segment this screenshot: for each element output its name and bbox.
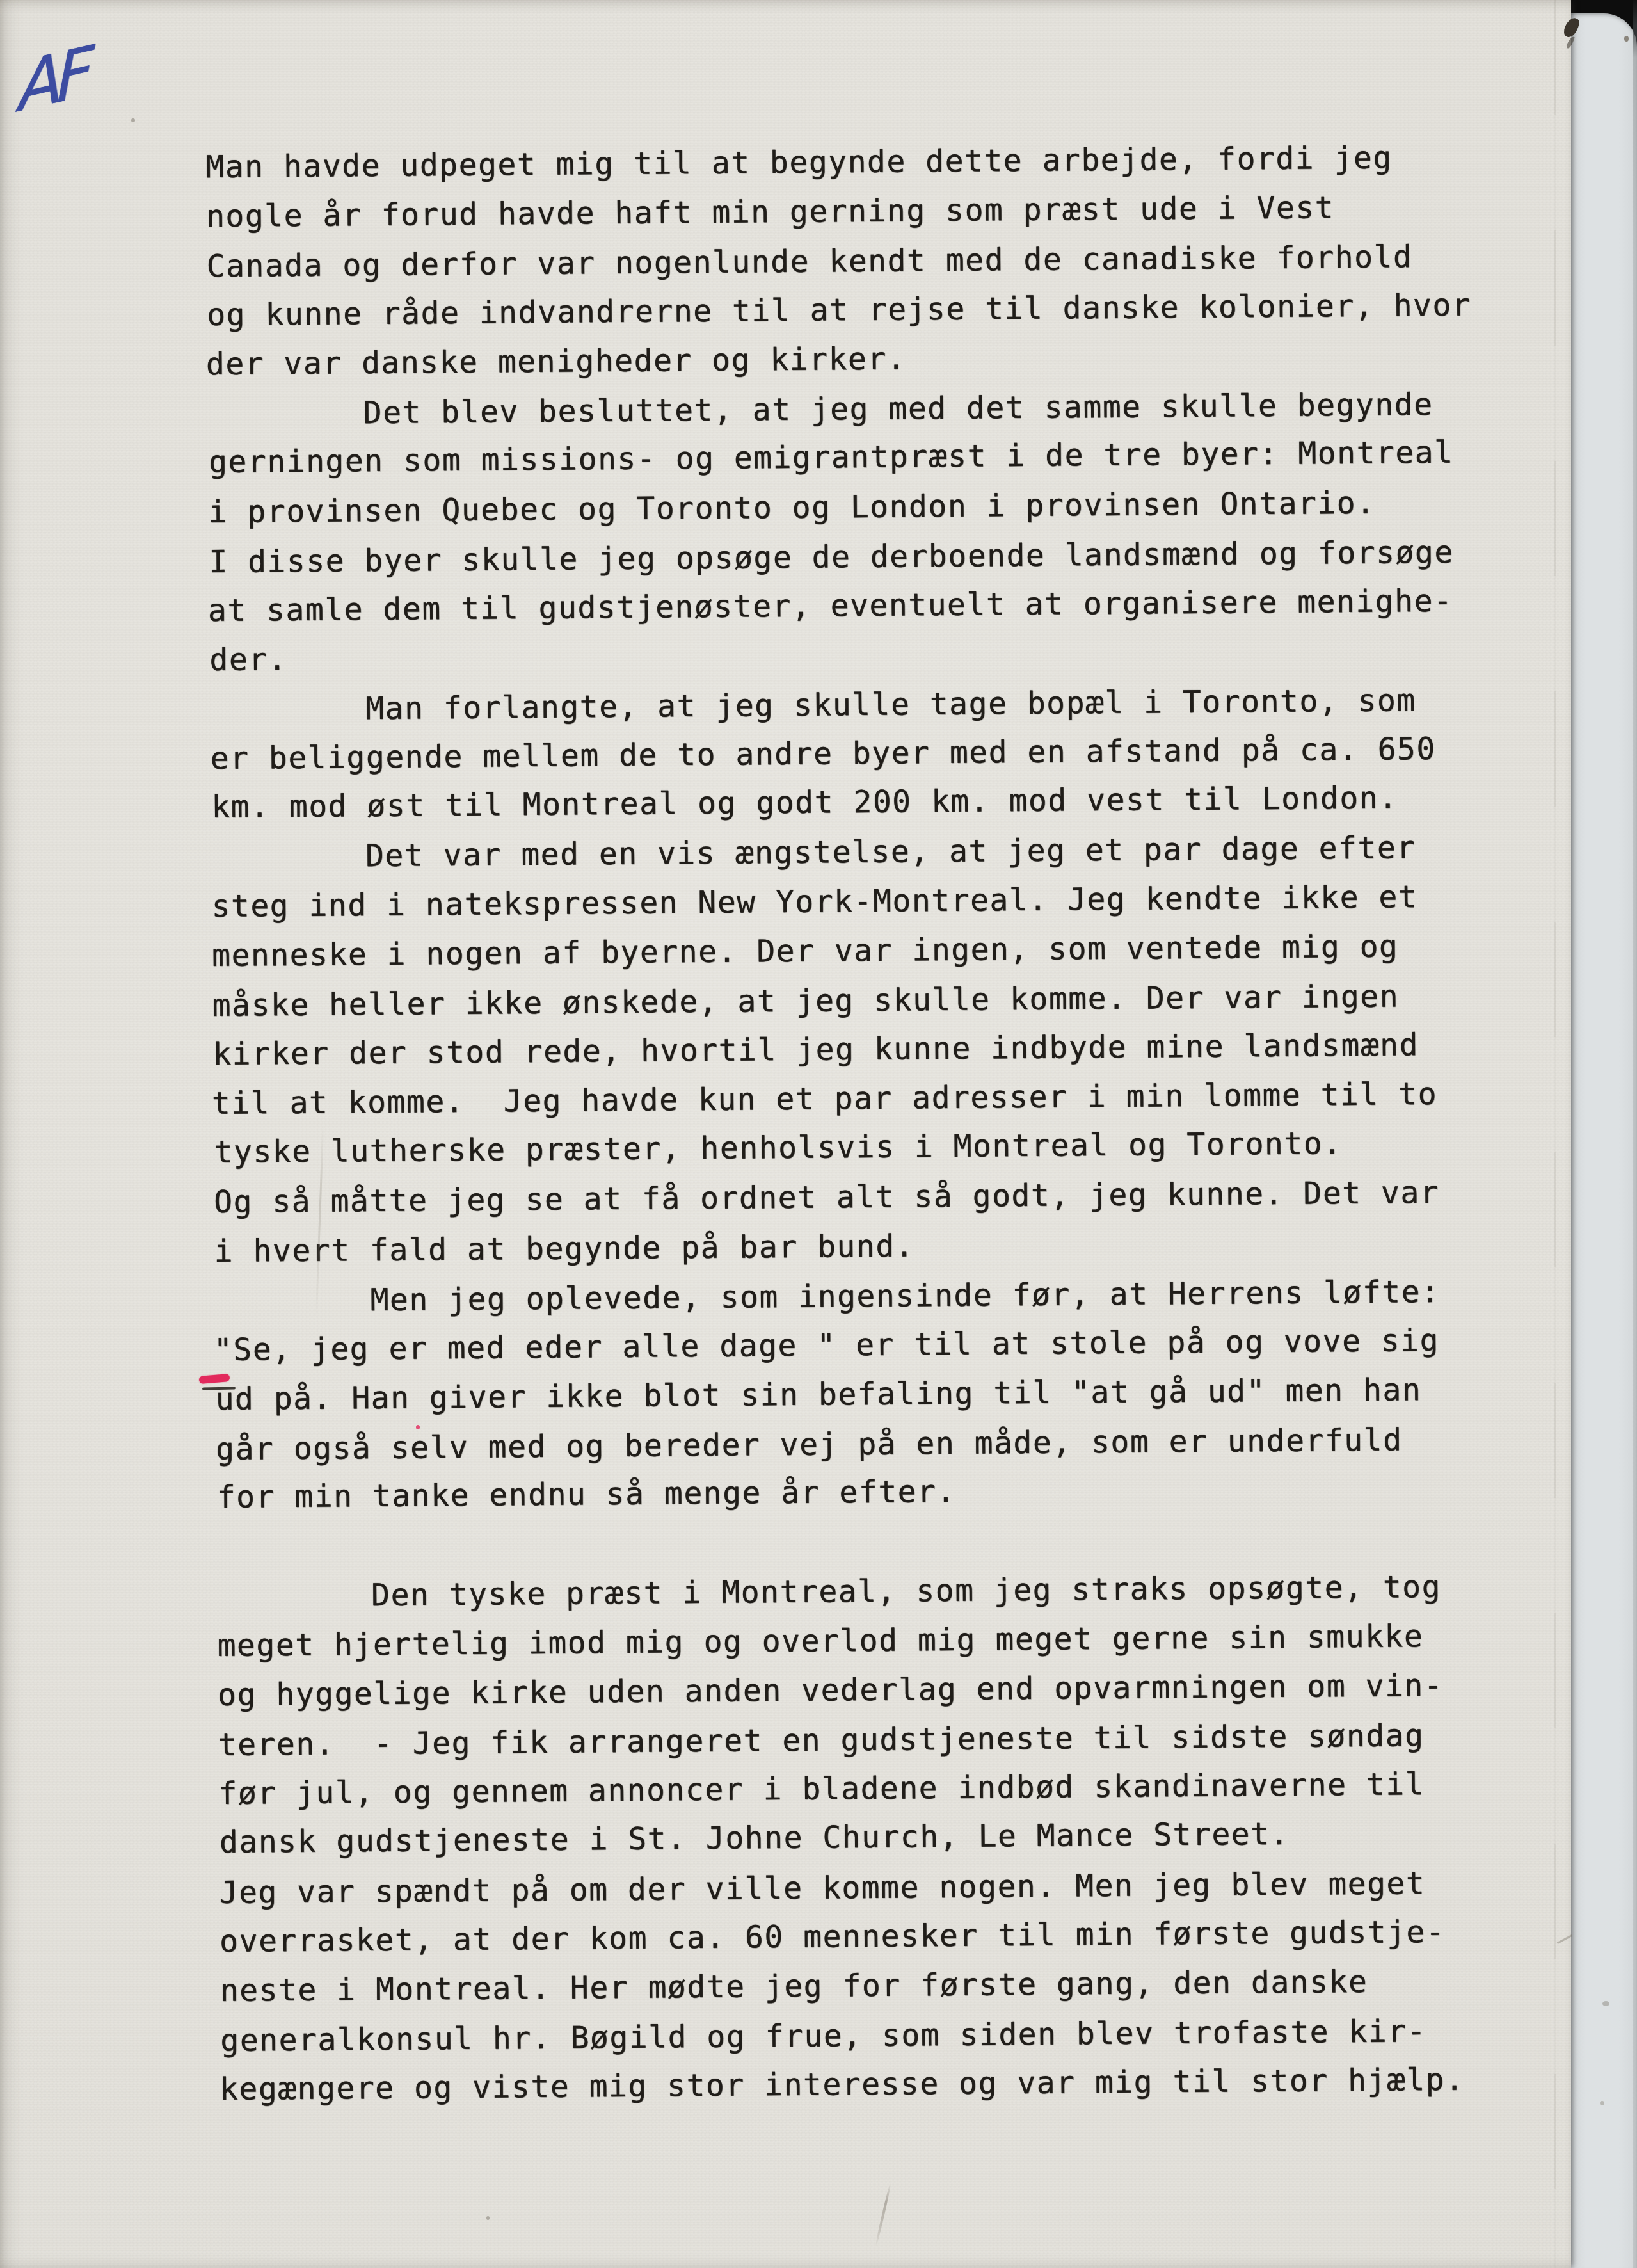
dust-speck bbox=[1624, 36, 1629, 42]
typed-line: Det var med en vis ængstelse, at jeg et … bbox=[210, 823, 1529, 882]
handwritten-initials: AF bbox=[8, 18, 146, 149]
typed-line: at samle dem til gudstjenøster, eventuel… bbox=[208, 576, 1527, 636]
typed-line: måske heller ikke ønskede, at jeg skulle… bbox=[212, 971, 1531, 1031]
typed-line: gerningen som missions- og emigrantpræst… bbox=[209, 428, 1528, 487]
typed-line: tyske lutherske præster, henholsvis i Mo… bbox=[214, 1118, 1533, 1177]
typed-line: km. mod øst til Montreal og godt 200 km.… bbox=[211, 773, 1530, 832]
backing-sheet bbox=[1569, 13, 1637, 2268]
red-ink-speck bbox=[416, 1425, 420, 1429]
typed-line: Jeg var spændt på om der ville komme nog… bbox=[219, 1858, 1538, 1918]
typed-line: for min tanke endnu så menge år efter. bbox=[216, 1463, 1535, 1522]
typed-text-block: Man havde udpeget mig til at begynde det… bbox=[205, 133, 1539, 2114]
paper-crease bbox=[1557, 1934, 1572, 1944]
typed-line: dansk gudstjeneste i St. Johne Church, L… bbox=[220, 1808, 1538, 1867]
scan-edge-line bbox=[1633, 0, 1637, 2268]
typed-line: kegængere og viste mig stor interesse og… bbox=[220, 2055, 1538, 2114]
dust-speck bbox=[131, 118, 135, 122]
typed-line: og hyggelige kirke uden anden vederlag e… bbox=[218, 1661, 1537, 1720]
typed-line: ud på. Han giver ikke blot sin befaling … bbox=[215, 1365, 1534, 1424]
paper-crease bbox=[1554, 0, 1556, 2268]
paper-sheet: AF Man havde udpeget mig til at begynde … bbox=[0, 0, 1571, 2268]
typed-line: neste i Montreal. Her mødte jeg for førs… bbox=[220, 1956, 1539, 2016]
typed-line: nogle år forud havde haft min gerning so… bbox=[206, 182, 1525, 241]
scanned-document-page: AF Man havde udpeget mig til at begynde … bbox=[0, 0, 1637, 2268]
typed-line: der var danske menigheder og kirker. bbox=[206, 330, 1525, 389]
dust-speck bbox=[486, 2216, 490, 2220]
typed-line: Man forlangte, at jeg skulle tage bopæl … bbox=[210, 675, 1529, 735]
typed-line: menneske i nogen af byerne. Der var inge… bbox=[212, 921, 1531, 981]
typed-line: "Se, jeg er med eder alle dage " er til … bbox=[214, 1315, 1533, 1375]
typed-line: Den tyske præst i Montreal, som jeg stra… bbox=[216, 1562, 1535, 1621]
dust-speck bbox=[1600, 2101, 1604, 2105]
typed-line: der. bbox=[209, 625, 1528, 685]
dust-speck bbox=[1602, 2001, 1609, 2006]
typed-line: Canada og derfor var nogenlunde kendt me… bbox=[206, 232, 1525, 291]
typed-line: i provinsen Quebec og Toronto og London … bbox=[208, 478, 1527, 537]
typed-line: teren. - Jeg fik arrangeret en gudstjene… bbox=[218, 1710, 1537, 1770]
typed-line: Og så måtte jeg se at få ordnet alt så g… bbox=[214, 1168, 1533, 1227]
typed-line: i hvert fald at begynde på bar bund. bbox=[214, 1217, 1533, 1276]
paper-crease bbox=[874, 2182, 891, 2248]
